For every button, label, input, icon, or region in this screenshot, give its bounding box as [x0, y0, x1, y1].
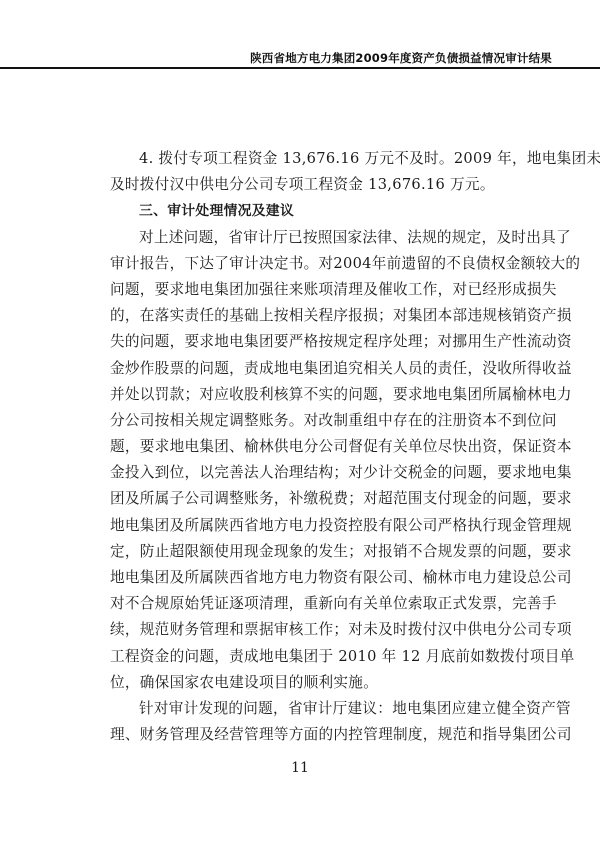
document-body: 4. 拨付专项工程资金 13,676.16 万元不及时。2009 年，地电集团未… [110, 146, 520, 748]
text-line: 审计报告，下达了审计决定书。对2004年前遗留的不良债权金额较大的 [110, 251, 520, 277]
running-header: 陕西省地方电力集团2009年度资产负债损益情况审计结果 [0, 48, 600, 68]
text-line: 针对审计发现的问题，省审计厅建议：地电集团应建立健全资产管 [110, 696, 520, 722]
header-rule [0, 67, 600, 69]
text-line: 金投入到位，以完善法人治理结构；对少计交税金的问题，要求地电集 [110, 460, 520, 486]
text-line: 定，防止超限额使用现金现象的发生；对报销不合规发票的问题，要求 [110, 539, 520, 565]
text-line: 对上述问题，省审计厅已按照国家法律、法规的规定，及时出具了 [110, 225, 520, 251]
text-line: 理、财务管理及经营管理等方面的内控管理制度，规范和指导集团公司 [110, 722, 520, 748]
section-heading: 三、审计处理情况及建议 [110, 198, 520, 224]
text-line: 分公司按相关规定调整账务。对改制重组中存在的注册资本不到位问 [110, 408, 520, 434]
text-line: 4. 拨付专项工程资金 13,676.16 万元不及时。2009 年，地电集团未 [110, 146, 520, 172]
text-line: 失的问题，要求地电集团要严格按规定程序处理；对挪用生产性流动资 [110, 329, 520, 355]
text-line: 地电集团及所属陕西省地方电力投资控股有限公司严格执行现金管理规 [110, 513, 520, 539]
page-number: 11 [0, 760, 600, 776]
text-line: 的，在落实责任的基础上按相关程序报损；对集团本部违规核销资产损 [110, 303, 520, 329]
text-line: 对不合规原始凭证逐项清理，重新向有关单位索取正式发票，完善手 [110, 591, 520, 617]
text-line: 团及所属子公司调整账务，补缴税费；对超范围支付现金的问题，要求 [110, 486, 520, 512]
text-line: 位，确保国家农电建设项目的顺利实施。 [110, 670, 520, 696]
text-line: 问题，要求地电集团加强往来账项清理及催收工作，对已经形成损失 [110, 277, 520, 303]
text-line: 及时拨付汉中供电分公司专项工程资金 13,676.16 万元。 [110, 172, 520, 198]
text-line: 续，规范财务管理和票据审核工作；对未及时拨付汉中供电分公司专项 [110, 617, 520, 643]
header-title: 陕西省地方电力集团2009年度资产负债损益情况审计结果 [250, 50, 552, 66]
text-line: 题，要求地电集团、榆林供电分公司督促有关单位尽快出资，保证资本 [110, 434, 520, 460]
text-line: 工程资金的问题，责成地电集团于 2010 年 12 月底前如数拨付项目单 [110, 644, 520, 670]
text-line: 地电集团及所属陕西省地方电力物资有限公司、榆林市电力建设总公司 [110, 565, 520, 591]
text-line: 并处以罚款；对应收股利核算不实的问题，要求地电集团所属榆林电力 [110, 382, 520, 408]
text-line: 金炒作股票的问题，责成地电集团追究相关人员的责任，没收所得收益 [110, 356, 520, 382]
